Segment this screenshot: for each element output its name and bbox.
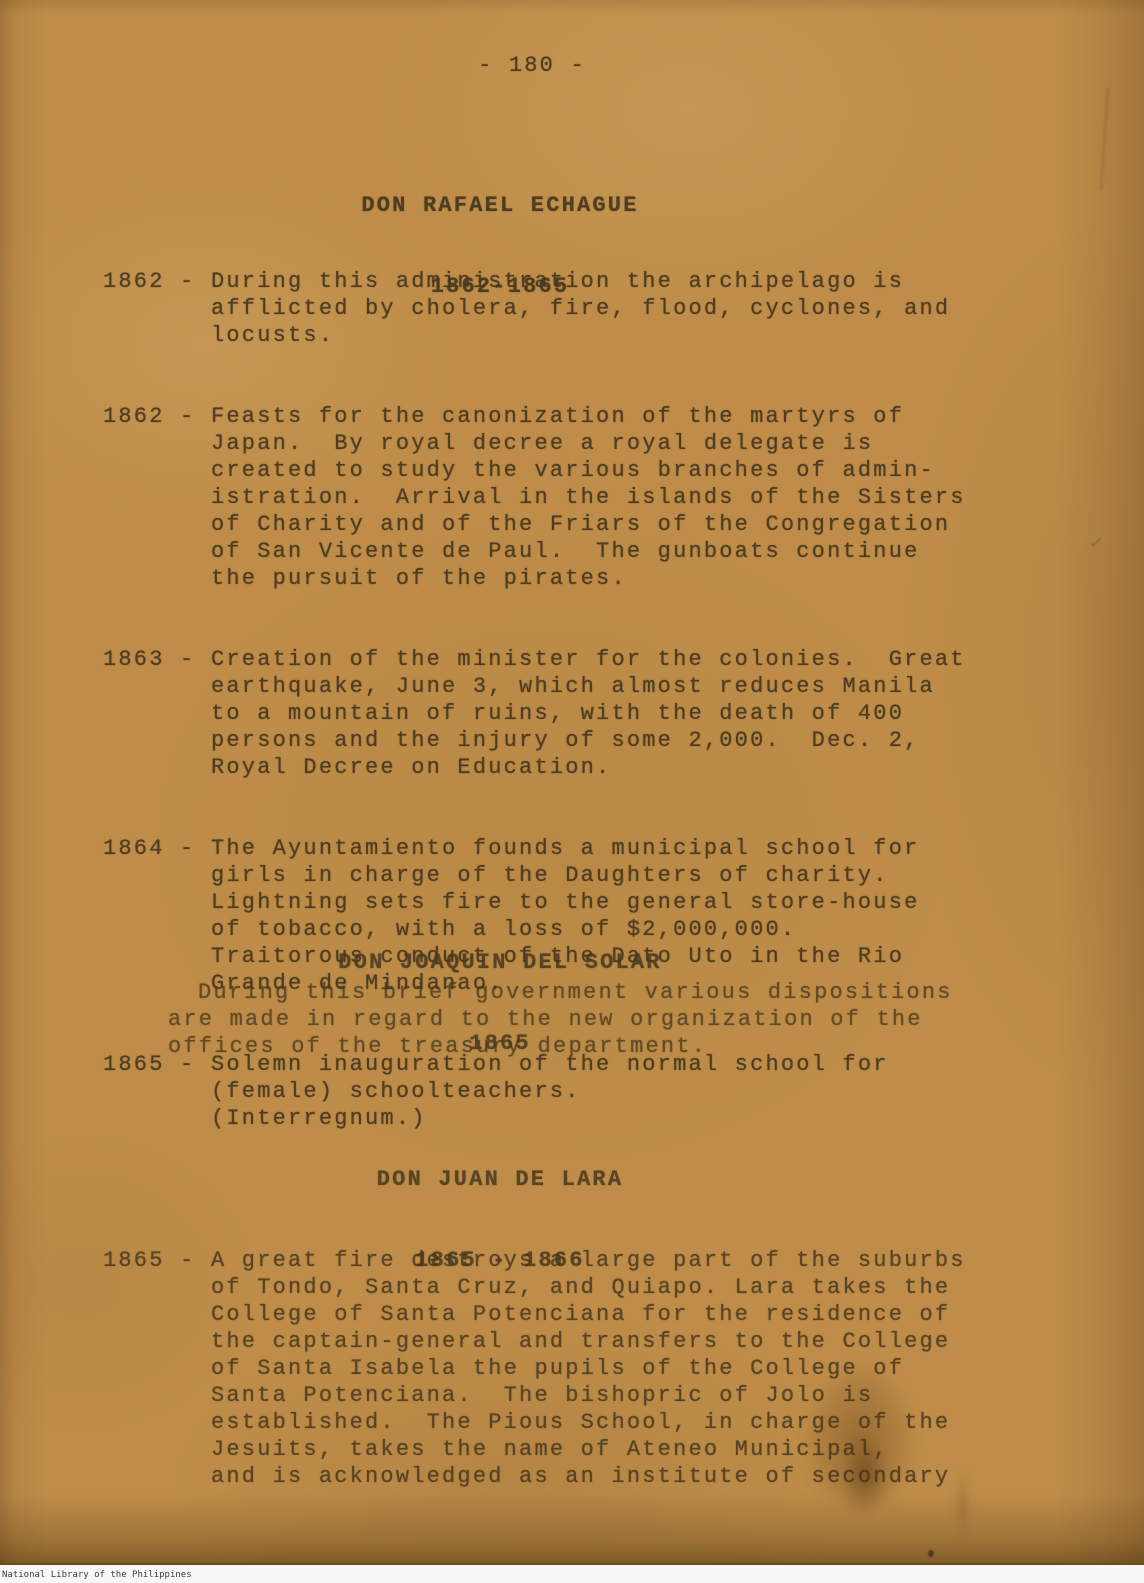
library-watermark: National Library of the Philippines — [2, 1570, 192, 1581]
entry-year-label: 1864 - — [103, 835, 211, 862]
section-title: DON JUAN DE LARA — [0, 1166, 1000, 1193]
paper-scratch — [1099, 88, 1109, 190]
section-solar-paragraph: During this brief government various dis… — [168, 979, 953, 1060]
entry-text: Creation of the minister for the colonie… — [211, 646, 966, 781]
timeline-entry: 1862 - During this administration the ar… — [103, 268, 966, 349]
timeline-entry: 1862 - Feasts for the canonization of th… — [103, 403, 966, 592]
timeline-entry: 1863 - Creation of the minister for the … — [103, 646, 966, 781]
entry-text: Feasts for the canonization of the marty… — [211, 403, 966, 592]
entry-year-label: 1862 - — [103, 268, 211, 295]
section-lara-entries: 1865 - A great fire destroys a large par… — [103, 1193, 966, 1544]
entry-year-label: 1862 - — [103, 403, 211, 430]
scanned-page: - 180 - DON RAFAEL ECHAGUE 1862-1865 186… — [0, 0, 1144, 1565]
entry-year-label: 1863 - — [103, 646, 211, 673]
scan-footer-strip: National Library of the Philippines — [0, 1563, 1144, 1583]
ink-speck — [928, 1550, 934, 1557]
pencil-check-mark: ✓ — [1088, 529, 1104, 556]
timeline-entry: 1865 - A great fire destroys a large par… — [103, 1247, 966, 1490]
section-title: DON JOAQUIN DEL SOLAR — [0, 949, 1000, 976]
entry-text: During this administration the archipela… — [211, 268, 950, 349]
entry-year-label: 1865 - — [103, 1247, 211, 1274]
page-number: - 180 - — [0, 52, 1064, 79]
entry-text: A great fire destroys a large part of th… — [211, 1247, 966, 1490]
